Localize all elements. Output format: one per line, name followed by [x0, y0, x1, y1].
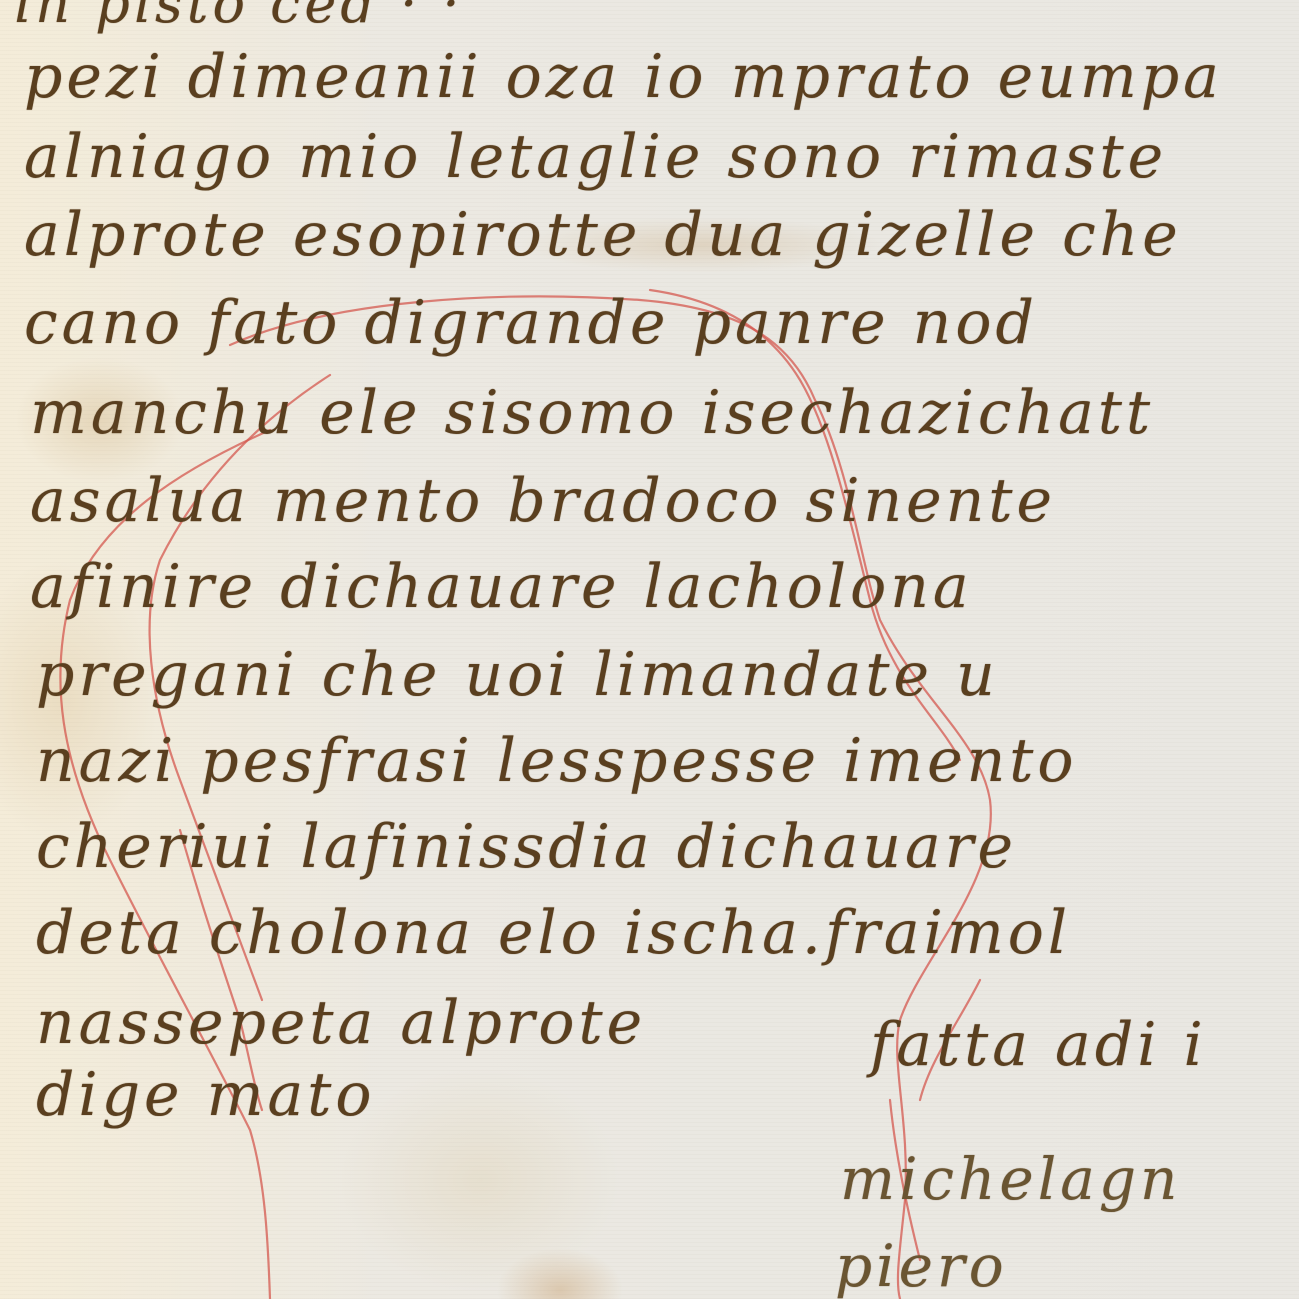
manuscript-line-12: deta cholona elo ischa.fraimol — [36, 898, 1071, 968]
manuscript-line-8: afinire dichauare lacholona — [30, 552, 973, 622]
manuscript-line-5: cano fato digrande panre nod — [24, 288, 1038, 358]
manuscript-line-2: pezi dimeanii oza io mprato eumpa — [24, 42, 1223, 112]
manuscript-line-9: pregani che uoi limandate u — [36, 640, 999, 710]
manuscript-line-1: in pisto ced · · — [14, 0, 464, 35]
manuscript-line-6: manchu ele sisomo isechazichatt — [30, 378, 1154, 448]
signature-first-name: michelagn — [840, 1145, 1181, 1213]
manuscript-line-4: alprote esopirotte dua gizelle che — [24, 200, 1182, 270]
manuscript-line-7: asalua mento bradoco sinente — [30, 466, 1056, 536]
manuscript-line-13: nassepeta alprote — [36, 988, 646, 1058]
manuscript-line-11: cheriui lafinissdia dichauare — [36, 812, 1017, 882]
manuscript-line-14: dige mato — [36, 1060, 376, 1130]
manuscript-line-10: nazi pesfrasi lesspesse imento — [36, 726, 1078, 796]
closing-date-line: fatta adi i — [870, 1010, 1207, 1080]
signature-second-name: piero — [835, 1232, 1008, 1299]
manuscript-line-3: alniago mio letaglie sono rimaste — [24, 122, 1167, 192]
